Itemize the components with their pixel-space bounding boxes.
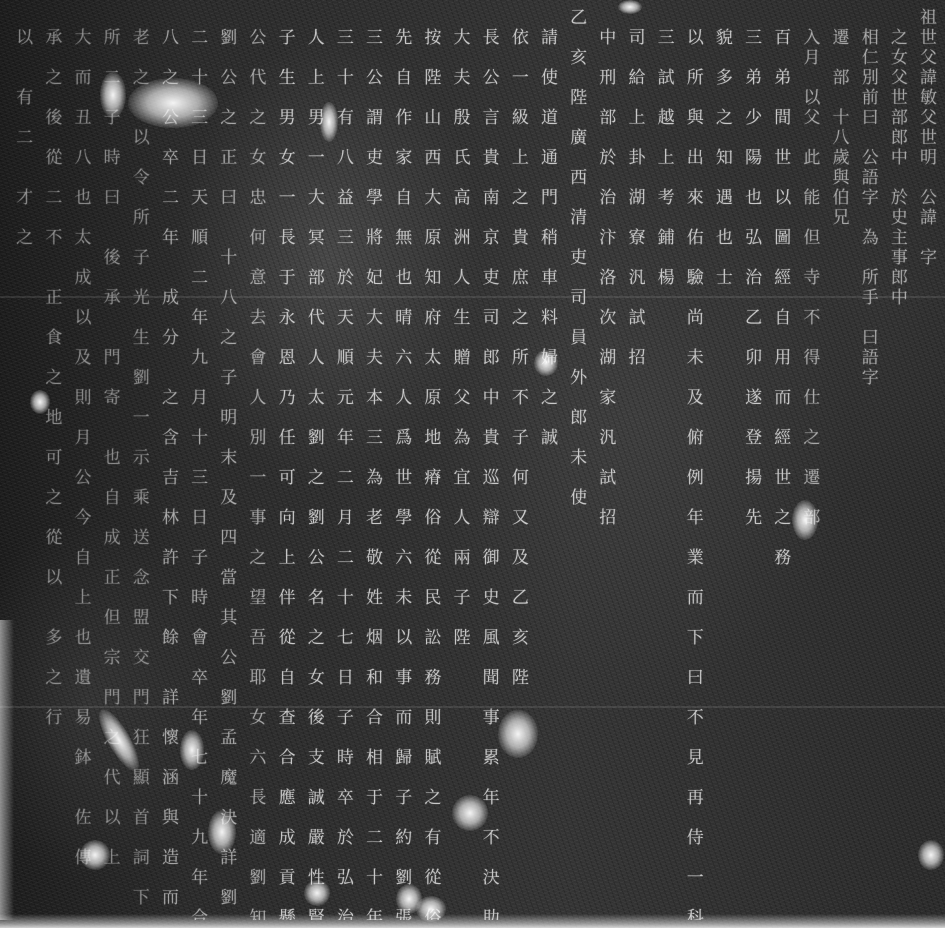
inscription-column: 承 之 後 從 二 不 正 食 之 地 可 之 從 以 多 之 行 [38,8,64,920]
inscription-column: 子 生 男 女 一 長 于 永 恩 乃 任 可 向 上 伴 從 自 查 合 應 … [272,8,298,920]
inscription-column: 老 之 以 令 所 子 光 生 劉 一 示 乘 送 念 盟 交 門 狂 顯 首 … [126,8,152,920]
inscription-column: 百 弟 間 世 以 圖 經 自 用 而 經 世 之 務 [767,8,793,920]
inscription-column: 中 刑 部 於 治 汴 洛 次 湖 家 汎 試 招 [592,8,618,920]
inscription-column: 三 公 謂 吏 學 將 妃 大 夫 本 三 為 老 敬 姓 烟 和 合 相 于 … [359,8,385,920]
inscription-column: 大 夫 殷 氏 高 洲 人 生 贈 父 為 宜 人 兩 子 陛 [447,8,473,920]
inscription-column: 劉 公 之 正 曰 十 八 之 子 明 末 及 四 當 其 公 劉 孟 魔 決 … [213,8,239,920]
inscription-column: 依 一 級 上 之 貴 庶 之 所 不 子 何 又 及 乙 亥 陛 [505,8,531,920]
inscription-column: 大 而 丑 八 也 太 成 以 及 則 月 公 今 自 上 也 遺 易 鉢 佐 … [67,8,93,920]
inscription-column: 貌 多 之 知 遇 也 士 [709,8,735,920]
inscription-column: 三 弟 少 陽 也 弘 治 乙 卯 遂 登 揚 先 [738,8,764,920]
inscription-column: 司 給 上 卦 湖 寮 汎 試 招 [621,8,647,920]
inscription-columns: 祖世父諱敏父世明 公諱 字 之女父世部郎中 於史主事郎中 相仁別前曰 公語字 為… [9,8,939,920]
inscription-column: 遷 部 十八歲與伯兄 [826,8,852,920]
inscription-column: 二 十 三 日 天 順 二 年 九 月 十 三 日 子 時 會 卒 年 七 十 … [184,8,210,920]
inscription-column: 公 代 之 女 忠 何 意 去 會 人 別 一 事 之 望 吾 耶 女 六 長 … [242,8,268,920]
bottom-edge-wear [0,914,945,928]
inscription-column: 先 自 作 家 自 無 也 晴 六 人 爲 世 學 六 未 以 事 而 歸 子 … [388,8,414,920]
inscription-column: 長 公 言 貴 南 京 吏 司 郎 中 貴 巡 辯 御 史 風 聞 事 累 年 … [476,8,502,920]
inscription-column: 人 上 男 一 大 冥 部 代 人 太 劉 之 劉 公 名 之 女 後 支 誠 … [301,8,327,920]
inscription-column: 入月 以父 此 能 但 寺 不 得 仕 之 遷 部 [796,8,822,920]
left-edge-wear [0,620,14,920]
inscription-column: 相仁別前曰 公語字 為 所手 曰語字 [855,8,881,920]
inscription-column: 三 十 有 八 益 三 於 天 順 元 年 二 月 二 十 七 日 子 時 卒 … [330,8,356,920]
inscription-column: 三 試 越 上 考 鋪 楊 [651,8,677,920]
inscription-column: 按 陛 山 西 大 原 知 府 太 原 地 瘠 俗 從 民 訟 務 則 賦 之 … [417,8,443,920]
inscription-column: 請 使 道 通 門 稍 車 料 婦 之 誠 [534,8,560,920]
inscription-column: 之女父世部郎中 於史主事郎中 [884,8,910,920]
stone-rubbing: 祖世父諱敏父世明 公諱 字 之女父世部郎中 於史主事郎中 相仁別前曰 公語字 為… [0,0,945,928]
inscription-column: 所 二 子 時 曰 後 承 門 寄 也 自 成 正 但 宗 門 之 代 以 上 [97,8,123,920]
inscription-column: 乙 亥 陛 廣 西 清 吏 司 員 外 郎 未 使 [563,8,589,920]
inscription-column: 八 之 公 卒 二 年 成 分 之 含 吉 林 許 下 餘 詳 懷 涵 與 造 … [155,8,181,920]
inscription-column: 以 所 與 出 來 佑 驗 尚 未 及 俯 例 年 業 而 下 曰 不 見 再 … [680,8,706,920]
inscription-column: 祖世父諱敏父世明 公諱 字 [913,8,939,920]
